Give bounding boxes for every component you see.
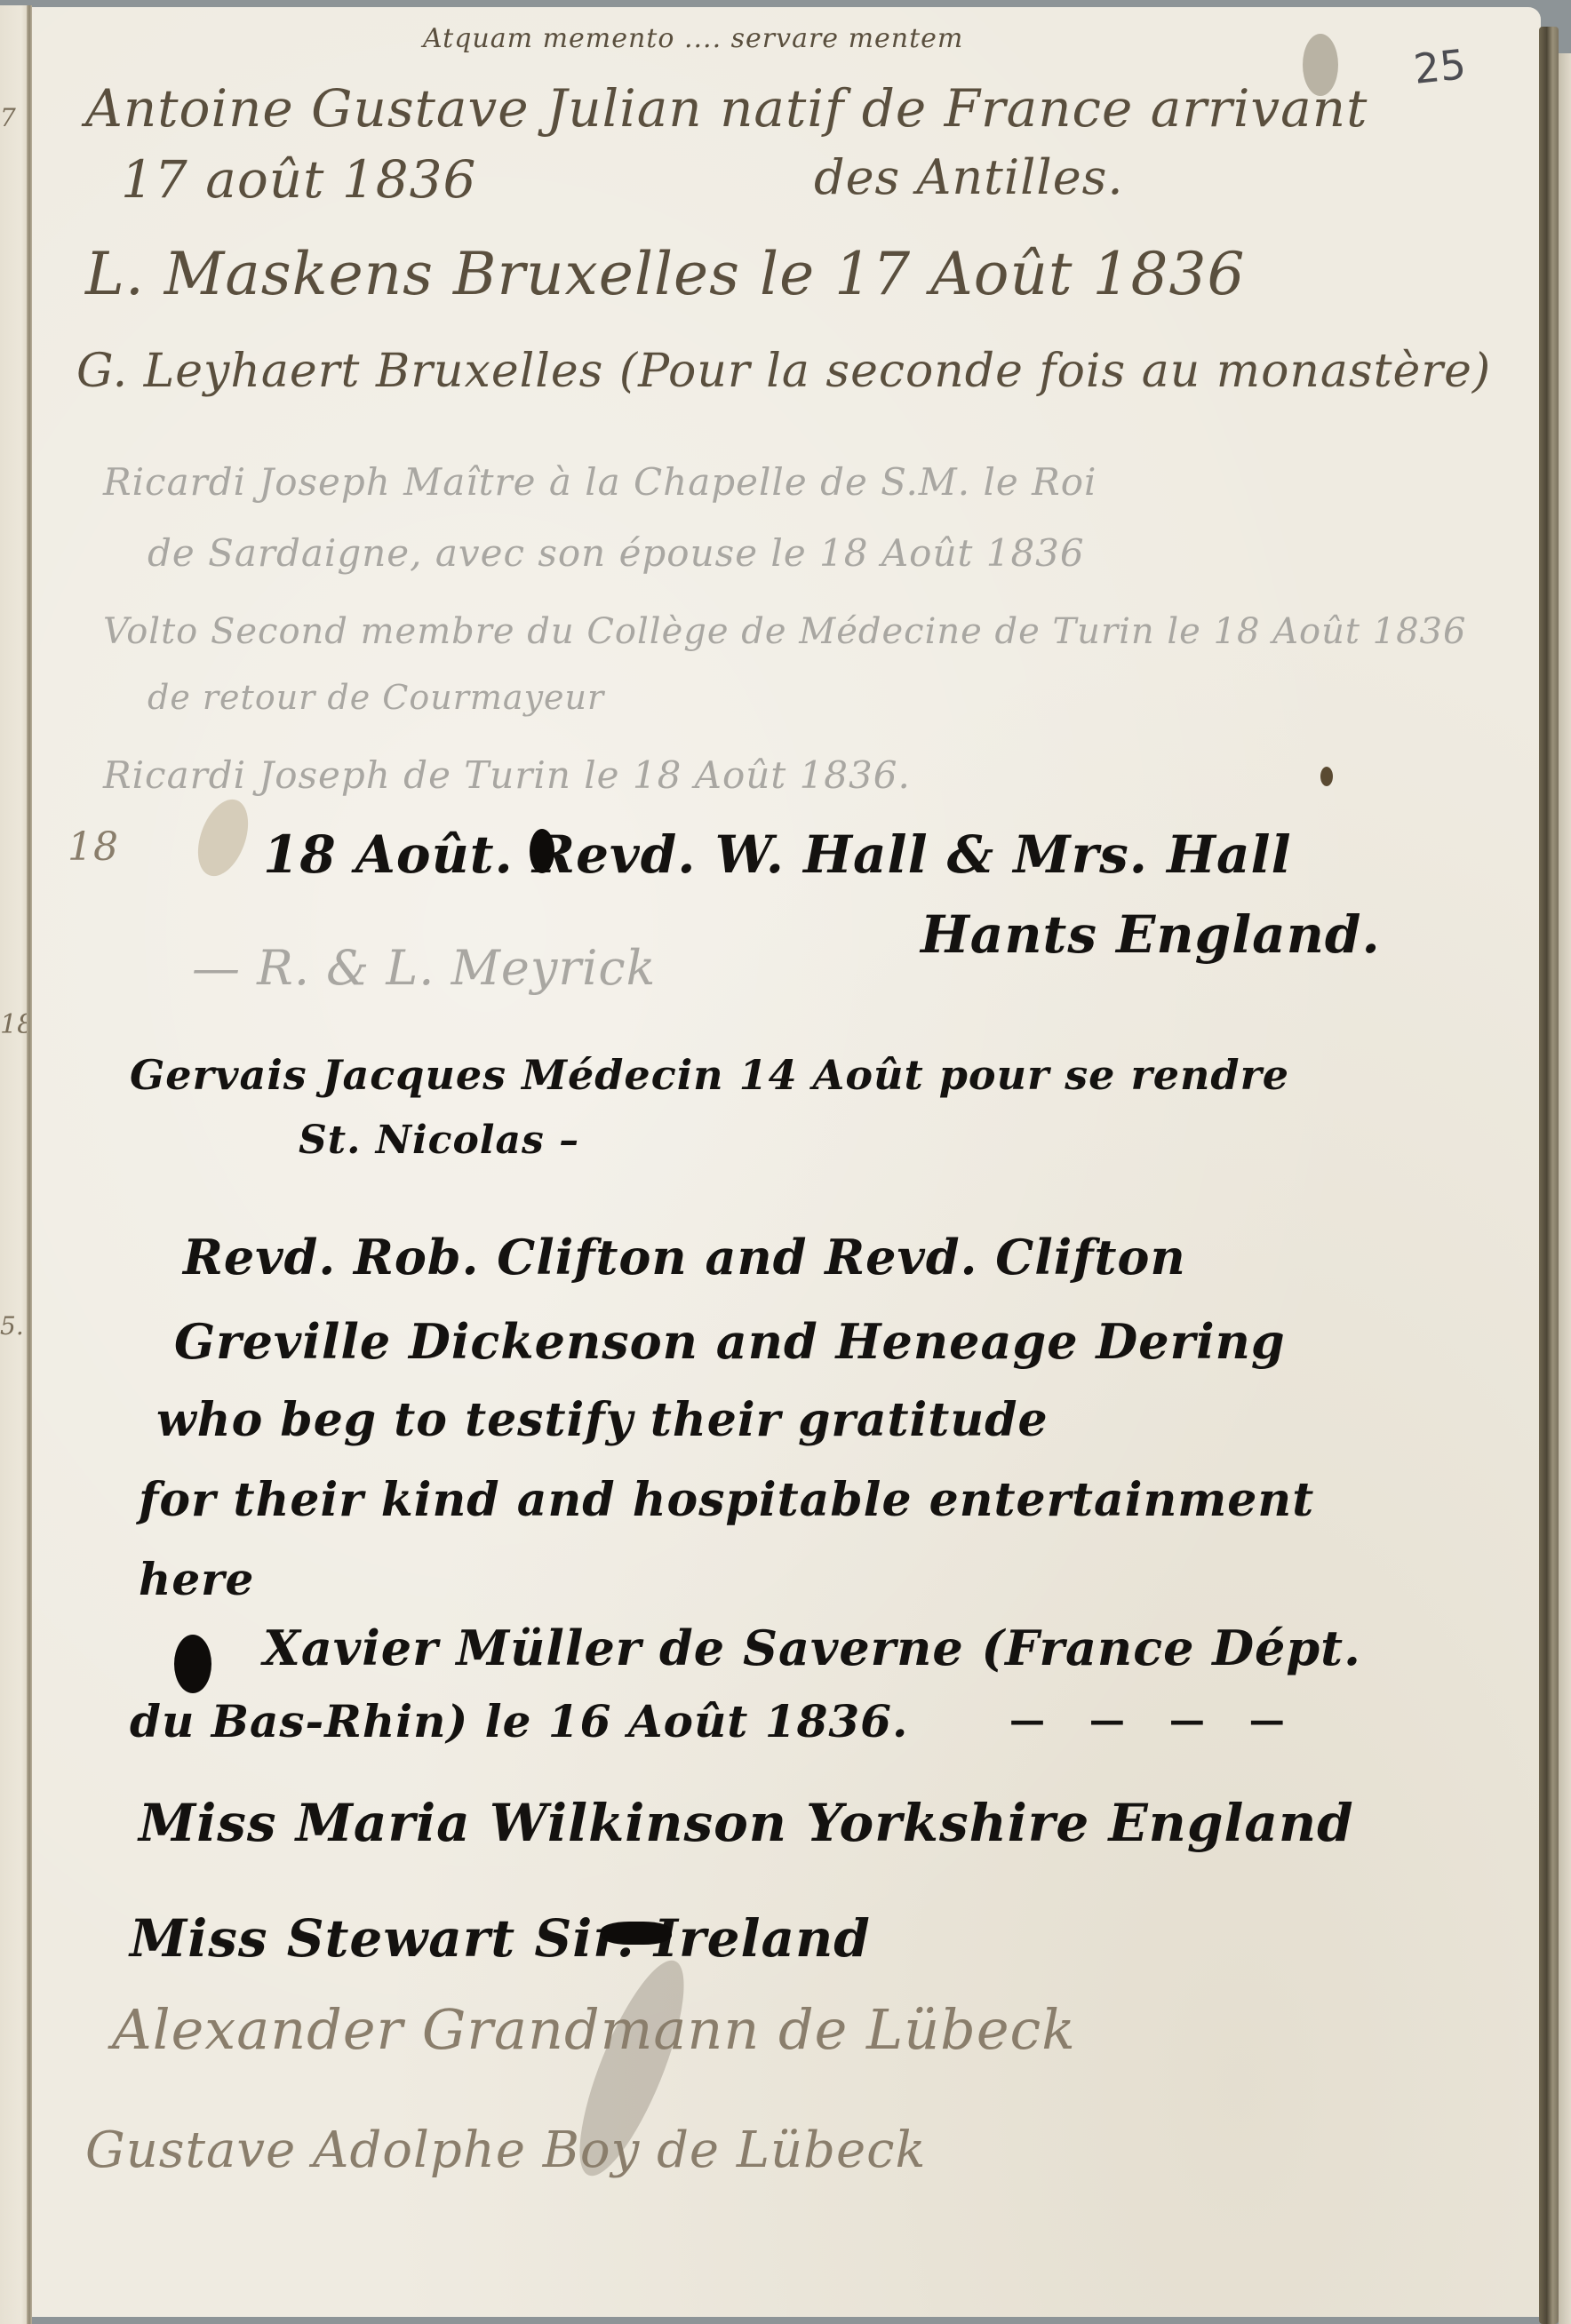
entry-muller-line-2: du Bas-Rhin) le 16 Août 1836. [130, 1695, 908, 1747]
header-motto: Atquam memento .... servare mentem [423, 23, 963, 54]
entry-gervais-line-1: Gervais Jacques Médecin 14 Août pour se … [130, 1051, 1289, 1099]
entry-ricardi-faded: Ricardi Joseph de Turin le 18 Août 1836. [103, 753, 911, 797]
ink-blot [174, 1635, 211, 1693]
entry-julian-line-3: des Antilles. [814, 149, 1124, 205]
entry-ricardi-line-2: de Sardaigne, avec son épouse le 18 Août… [148, 531, 1085, 575]
entry-wilkinson-line-2: Miss Stewart Sir. Ireland [130, 1908, 871, 1969]
water-stain [188, 792, 258, 883]
entry-leyhaert: G. Leyhaert Bruxelles (Pour la seconde f… [76, 345, 1491, 398]
entry-hall-line-2: Hants England. [921, 904, 1381, 965]
ink-dot [1320, 767, 1333, 786]
entry-ricardi-line-1: Ricardi Joseph Maître à la Chapelle de S… [103, 460, 1097, 504]
entry-clifton-line-5: here [139, 1553, 254, 1605]
entry-julian-line-1: Antoine Gustave Julian natif de France a… [85, 78, 1368, 139]
entry-clifton-line-1: Revd. Rob. Clifton and Revd. Clifton [183, 1229, 1186, 1285]
entry-clifton-line-4: for their kind and hospitable entertainm… [139, 1473, 1314, 1527]
entry-grandmann-line-2: Gustave Adolphe Boy de Lübeck [85, 2121, 926, 2179]
entry-ricardi-line-4: de retour de Courmayeur [148, 678, 604, 717]
dash-filler: — — — — [1009, 1699, 1301, 1741]
margin-note: 5. [0, 1311, 30, 1341]
entry-clifton-line-2: Greville Dickenson and Heneage Dering [174, 1313, 1286, 1370]
entry-grandmann-line-1: Alexander Grandmann de Lübeck [112, 1997, 1076, 2062]
entry-clifton-line-3: who beg to testify their gratitude [156, 1393, 1049, 1447]
entry-gervais-line-2: St. Nicolas – [299, 1118, 579, 1163]
ink-blot [601, 1922, 672, 1945]
manuscript-page: 25 Atquam memento .... servare mentem An… [32, 7, 1541, 2317]
page-stack-edge [1539, 27, 1559, 2324]
entry-maskens: L. Maskens Bruxelles le 17 Août 1836 [85, 240, 1245, 308]
entry-meyrick: — R. & L. Meyrick [192, 940, 656, 996]
ink-blot [530, 829, 554, 873]
margin-note: 1836 [0, 1009, 30, 1040]
entry-ricardi-line-3: Volto Second membre du Collège de Médeci… [103, 611, 1466, 652]
page-stack-edge-outer [1559, 53, 1571, 2324]
entry-hall-line-1: 18 Août. Revd. W. Hall & Mrs. Hall [263, 824, 1292, 885]
margin-note: 7 [0, 103, 30, 132]
entry-muller-line-1: Xavier Müller de Saverne (France Dépt. [263, 1620, 1361, 1676]
page-number: 25 [1411, 40, 1468, 93]
margin-date: 18 [68, 824, 119, 870]
entry-wilkinson-line-1: Miss Maria Wilkinson Yorkshire England [139, 1793, 1354, 1853]
facing-page-edge: 7 1836 5. [0, 5, 30, 2324]
scanned-page-background: 7 1836 5. 25 Atquam memento .... servare… [0, 0, 1571, 2324]
entry-julian-line-2: 17 août 1836 [121, 149, 476, 210]
